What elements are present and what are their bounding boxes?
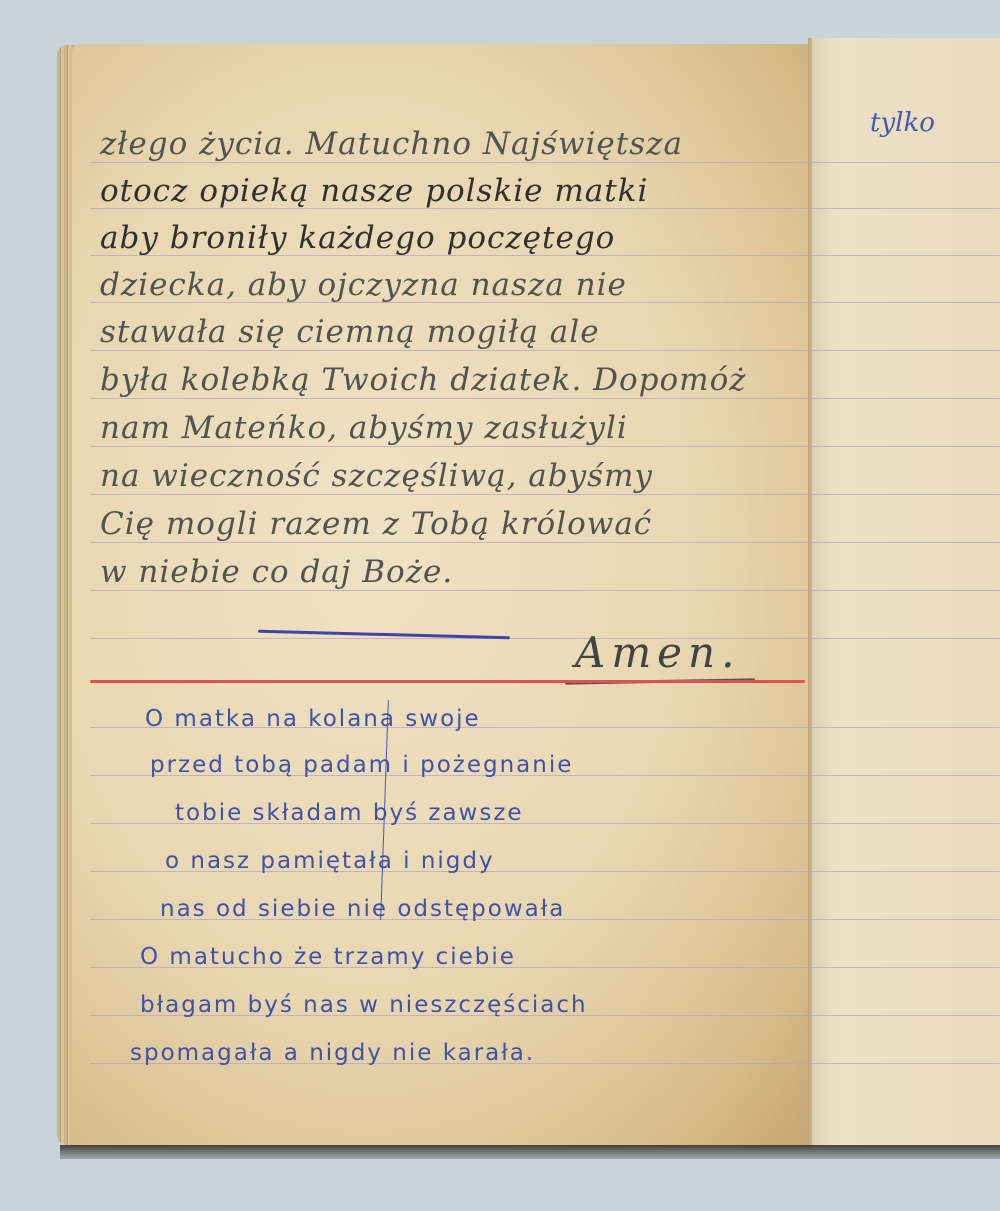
pencil-line: stawała się ciemną mogiłą ale: [100, 314, 600, 350]
ink-line: o nasz pamiętała i nigdy: [165, 848, 495, 874]
ink-line: przed tobą padam i pożegnanie: [150, 752, 573, 778]
ink-line: spomagała a nigdy nie karała.: [130, 1040, 535, 1066]
left-page: [72, 44, 812, 1147]
pencil-line: nam Mateńko, abyśmy zasłużyli: [100, 410, 628, 446]
notebook-shadow: [60, 1145, 1000, 1159]
pencil-line: na wieczność szczęśliwą, abyśmy: [100, 458, 653, 494]
pencil-line: Cię mogli razem z Tobą królować: [100, 506, 652, 542]
red-margin-line: [90, 680, 805, 683]
pencil-line: w niebie co daj Boże.: [100, 554, 453, 590]
margin-note: tylko: [870, 108, 935, 138]
pencil-line: aby broniły każdego poczętego: [100, 220, 615, 256]
pencil-line: była kolebką Twoich dziatek. Dopomóż: [100, 362, 747, 398]
ink-line: błagam byś nas w nieszczęściach: [140, 992, 588, 1018]
ink-line: O matucho że trzamy ciebie: [140, 944, 516, 970]
closing-amen: Amen.: [575, 628, 740, 677]
ink-line: tobie składam byś zawsze: [175, 800, 524, 826]
pencil-line: złego życia. Matuchno Najświętsza: [100, 126, 683, 162]
ink-line: O matka na kolana swoje: [145, 706, 481, 732]
pencil-line: otocz opieką nasze polskie matki: [100, 173, 648, 209]
ink-line: nas od siebie nie odstępowała: [160, 896, 565, 922]
right-page: [812, 38, 1000, 1146]
pencil-line: dziecka, aby ojczyzna nasza nie: [100, 267, 627, 303]
